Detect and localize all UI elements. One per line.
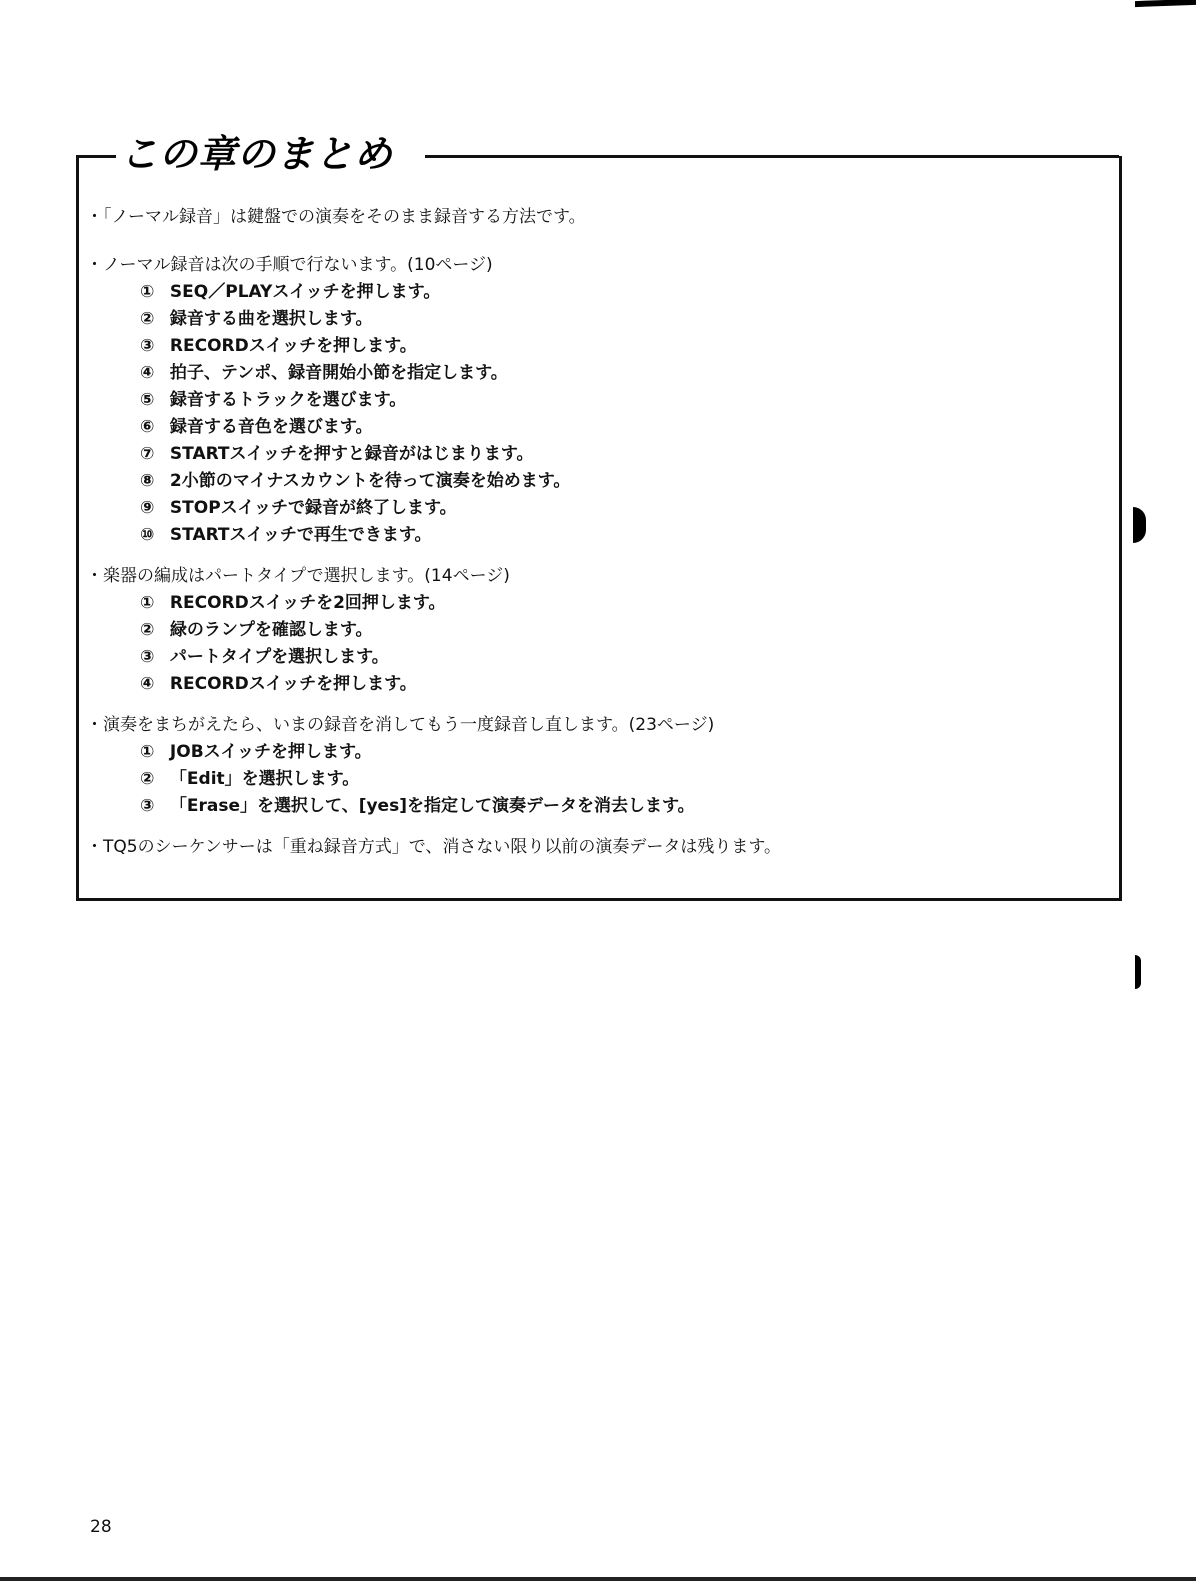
step-number: ④ bbox=[140, 360, 164, 387]
step-number: ⑩ bbox=[140, 522, 164, 549]
step-item: ① JOBスイッチを押します。 bbox=[86, 739, 1106, 766]
summary-bullet: TQ5のシーケンサーは「重ね録音方式」で、消さない限り以前の演奏データは残ります… bbox=[86, 834, 1106, 861]
step-text: JOBスイッチを押します。 bbox=[170, 742, 372, 762]
summary-section-normal-recording-steps: ノーマル録音は次の手順で行ないます。(10ページ) ① SEQ／PLAYスイッチ… bbox=[86, 252, 1106, 549]
summary-bullet: 演奏をまちがえたら、いまの録音を消してもう一度録音し直します。(23ページ) bbox=[86, 712, 1106, 739]
step-item: ⑤ 録音するトラックを選びます。 bbox=[86, 387, 1106, 414]
step-text: 録音する曲を選択します。 bbox=[170, 309, 373, 329]
step-number: ② bbox=[140, 617, 164, 644]
step-text: RECORDスイッチを2回押します。 bbox=[170, 593, 446, 613]
step-item: ⑥ 録音する音色を選びます。 bbox=[86, 414, 1106, 441]
summary-section-normal-recording-intro: 「ノーマル録音」は鍵盤での演奏をそのまま録音する方法です。 bbox=[86, 204, 1106, 231]
summary-bullet: ノーマル録音は次の手順で行ないます。(10ページ) bbox=[86, 252, 1106, 279]
step-number: ⑤ bbox=[140, 387, 164, 414]
summary-bullet: 楽器の編成はパートタイプで選択します。(14ページ) bbox=[86, 563, 1106, 590]
step-item: ① RECORDスイッチを2回押します。 bbox=[86, 590, 1106, 617]
step-number: ② bbox=[140, 306, 164, 333]
step-item: ④ RECORDスイッチを押します。 bbox=[86, 671, 1106, 698]
page-edge-mark-top bbox=[1135, 0, 1196, 7]
step-number: ⑧ bbox=[140, 468, 164, 495]
step-number: ② bbox=[140, 766, 164, 793]
step-item: ① SEQ／PLAYスイッチを押します。 bbox=[86, 279, 1106, 306]
step-text: STARTスイッチを押すと録音がはじまります。 bbox=[170, 444, 534, 464]
step-text: 「Erase」を選択して、[yes]を指定して演奏データを消去します。 bbox=[170, 796, 695, 816]
page-bottom-rule bbox=[0, 1577, 1196, 1581]
step-text: 拍子、テンポ、録音開始小節を指定します。 bbox=[170, 363, 508, 383]
step-text: 緑のランプを確認します。 bbox=[170, 620, 373, 640]
summary-bullet: 「ノーマル録音」は鍵盤での演奏をそのまま録音する方法です。 bbox=[86, 204, 1106, 231]
summary-section-part-type: 楽器の編成はパートタイプで選択します。(14ページ) ① RECORDスイッチを… bbox=[86, 563, 1106, 698]
step-text: SEQ／PLAYスイッチを押します。 bbox=[170, 282, 440, 302]
step-item: ② 録音する曲を選択します。 bbox=[86, 306, 1106, 333]
step-text: RECORDスイッチを押します。 bbox=[170, 674, 417, 694]
step-item: ⑩ STARTスイッチで再生できます。 bbox=[86, 522, 1106, 549]
step-number: ③ bbox=[140, 333, 164, 360]
page-edge-mark bbox=[1135, 955, 1141, 989]
summary-content: 「ノーマル録音」は鍵盤での演奏をそのまま録音する方法です。 ノーマル録音は次の手… bbox=[86, 204, 1106, 875]
step-text: 2小節のマイナスカウントを待って演奏を始めます。 bbox=[170, 471, 570, 491]
step-number: ⑦ bbox=[140, 441, 164, 468]
step-text: 「Edit」を選択します。 bbox=[170, 769, 359, 789]
step-text: STOPスイッチで録音が終了します。 bbox=[170, 498, 457, 518]
step-number: ⑨ bbox=[140, 495, 164, 522]
step-item: ② 「Edit」を選択します。 bbox=[86, 766, 1106, 793]
step-text: 録音する音色を選びます。 bbox=[170, 417, 373, 437]
step-text: パートタイプを選択します。 bbox=[170, 647, 389, 667]
summary-section-erase: 演奏をまちがえたら、いまの録音を消してもう一度録音し直します。(23ページ) ①… bbox=[86, 712, 1106, 820]
step-item: ③ RECORDスイッチを押します。 bbox=[86, 333, 1106, 360]
step-number: ① bbox=[140, 739, 164, 766]
summary-section-overdub: TQ5のシーケンサーは「重ね録音方式」で、消さない限り以前の演奏データは残ります… bbox=[86, 834, 1106, 861]
step-number: ③ bbox=[140, 644, 164, 671]
step-number: ④ bbox=[140, 671, 164, 698]
page-number: 28 bbox=[90, 1517, 112, 1537]
step-item: ③ 「Erase」を選択して、[yes]を指定して演奏データを消去します。 bbox=[86, 793, 1106, 820]
step-item: ⑨ STOPスイッチで録音が終了します。 bbox=[86, 495, 1106, 522]
step-text: RECORDスイッチを押します。 bbox=[170, 336, 417, 356]
step-item: ⑧ 2小節のマイナスカウントを待って演奏を始めます。 bbox=[86, 468, 1106, 495]
step-number: ① bbox=[140, 590, 164, 617]
step-text: 録音するトラックを選びます。 bbox=[170, 390, 406, 410]
step-item: ② 緑のランプを確認します。 bbox=[86, 617, 1106, 644]
step-number: ① bbox=[140, 279, 164, 306]
step-item: ③ パートタイプを選択します。 bbox=[86, 644, 1106, 671]
page-edge-mark bbox=[1133, 507, 1146, 543]
step-item: ④ 拍子、テンポ、録音開始小節を指定します。 bbox=[86, 360, 1106, 387]
step-item: ⑦ STARTスイッチを押すと録音がはじまります。 bbox=[86, 441, 1106, 468]
step-number: ③ bbox=[140, 793, 164, 820]
step-text: STARTスイッチで再生できます。 bbox=[170, 525, 432, 545]
step-number: ⑥ bbox=[140, 414, 164, 441]
